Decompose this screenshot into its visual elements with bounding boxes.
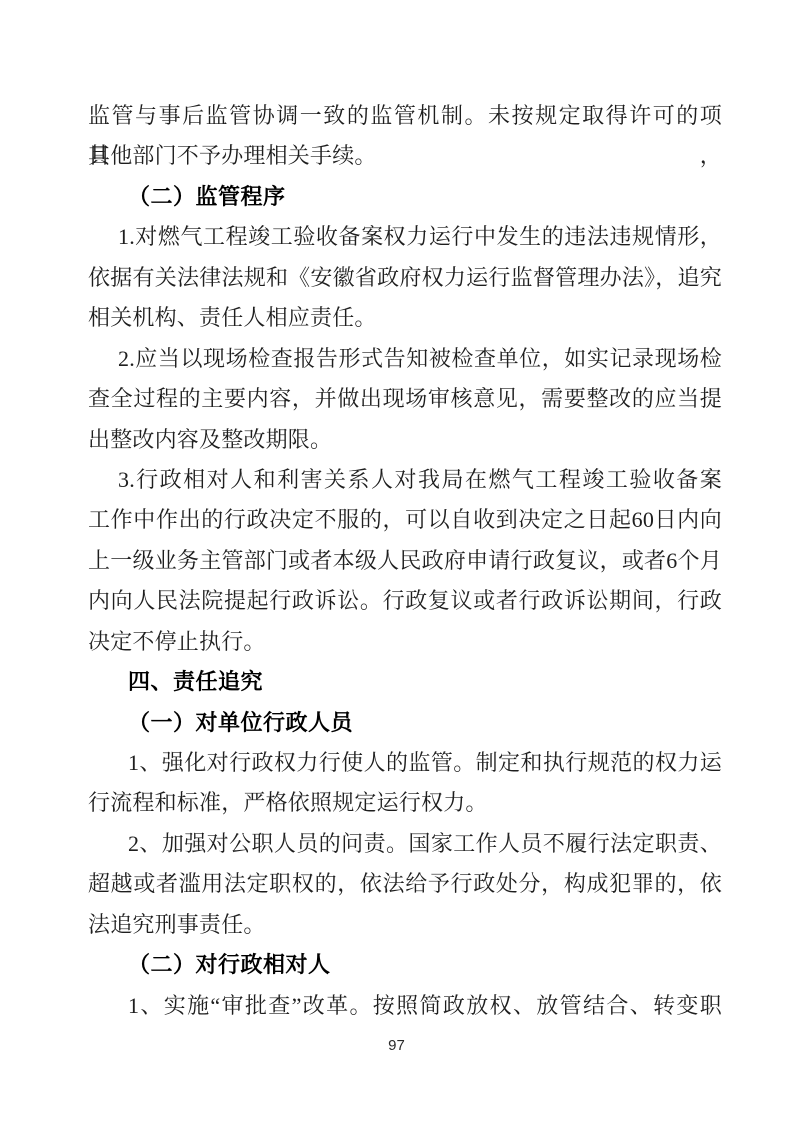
text-line: 2、加强对公职人员的问责。国家工作人员不履行法定职责、 — [88, 824, 722, 864]
page-footer: 97 — [0, 1036, 793, 1056]
section-heading: （二）对行政相对人 — [88, 945, 722, 985]
text-line: 决定不停止执行。 — [88, 622, 722, 662]
text-line: 查全过程的主要内容，并做出现场审核意见，需要整改的应当提 — [88, 379, 722, 419]
text-line: 行流程和标准，严格依照规定运行权力。 — [88, 783, 722, 823]
section-heading: 四、责任追究 — [88, 662, 722, 702]
text-line: 法追究刑事责任。 — [88, 905, 722, 945]
text-line: 1、强化对行政权力行使人的监管。制定和执行规范的权力运 — [88, 743, 722, 783]
text-line: 超越或者滥用法定职权的，依法给予行政处分，构成犯罪的，依 — [88, 864, 722, 904]
text-line: 监管与事后监管协调一致的监管机制。未按规定取得许可的项目， — [88, 96, 722, 136]
text-line: 内向人民法院提起行政诉讼。行政复议或者行政诉讼期间，行政 — [88, 581, 722, 621]
text-line: 1、实施“审批查”改革。按照简政放权、放管结合、转变职 — [88, 986, 722, 1026]
text-line: 上一级业务主管部门或者本级人民政府申请行政复议，或者6个月 — [88, 541, 722, 581]
text-line: 出整改内容及整改期限。 — [88, 420, 722, 460]
section-heading: （一）对单位行政人员 — [88, 703, 722, 743]
document-body: 监管与事后监管协调一致的监管机制。未按规定取得许可的项目，其他部门不予办理相关手… — [88, 96, 722, 1026]
text-line: 3.行政相对人和利害关系人对我局在燃气工程竣工验收备案 — [88, 460, 722, 500]
text-line: 1.对燃气工程竣工验收备案权力运行中发生的违法违规情形， — [88, 217, 722, 257]
text-line: 工作中作出的行政决定不服的，可以自收到决定之日起60日内向 — [88, 500, 722, 540]
text-line: 2.应当以现场检查报告形式告知被检查单位，如实记录现场检 — [88, 339, 722, 379]
text-line: 依据有关法律法规和《安徽省政府权力运行监督管理办法》，追究 — [88, 258, 722, 298]
text-line: 相关机构、责任人相应责任。 — [88, 298, 722, 338]
section-heading: （二）监管程序 — [88, 177, 722, 217]
document-page: 监管与事后监管协调一致的监管机制。未按规定取得许可的项目，其他部门不予办理相关手… — [0, 0, 793, 1122]
page-number: 97 — [388, 1037, 405, 1054]
